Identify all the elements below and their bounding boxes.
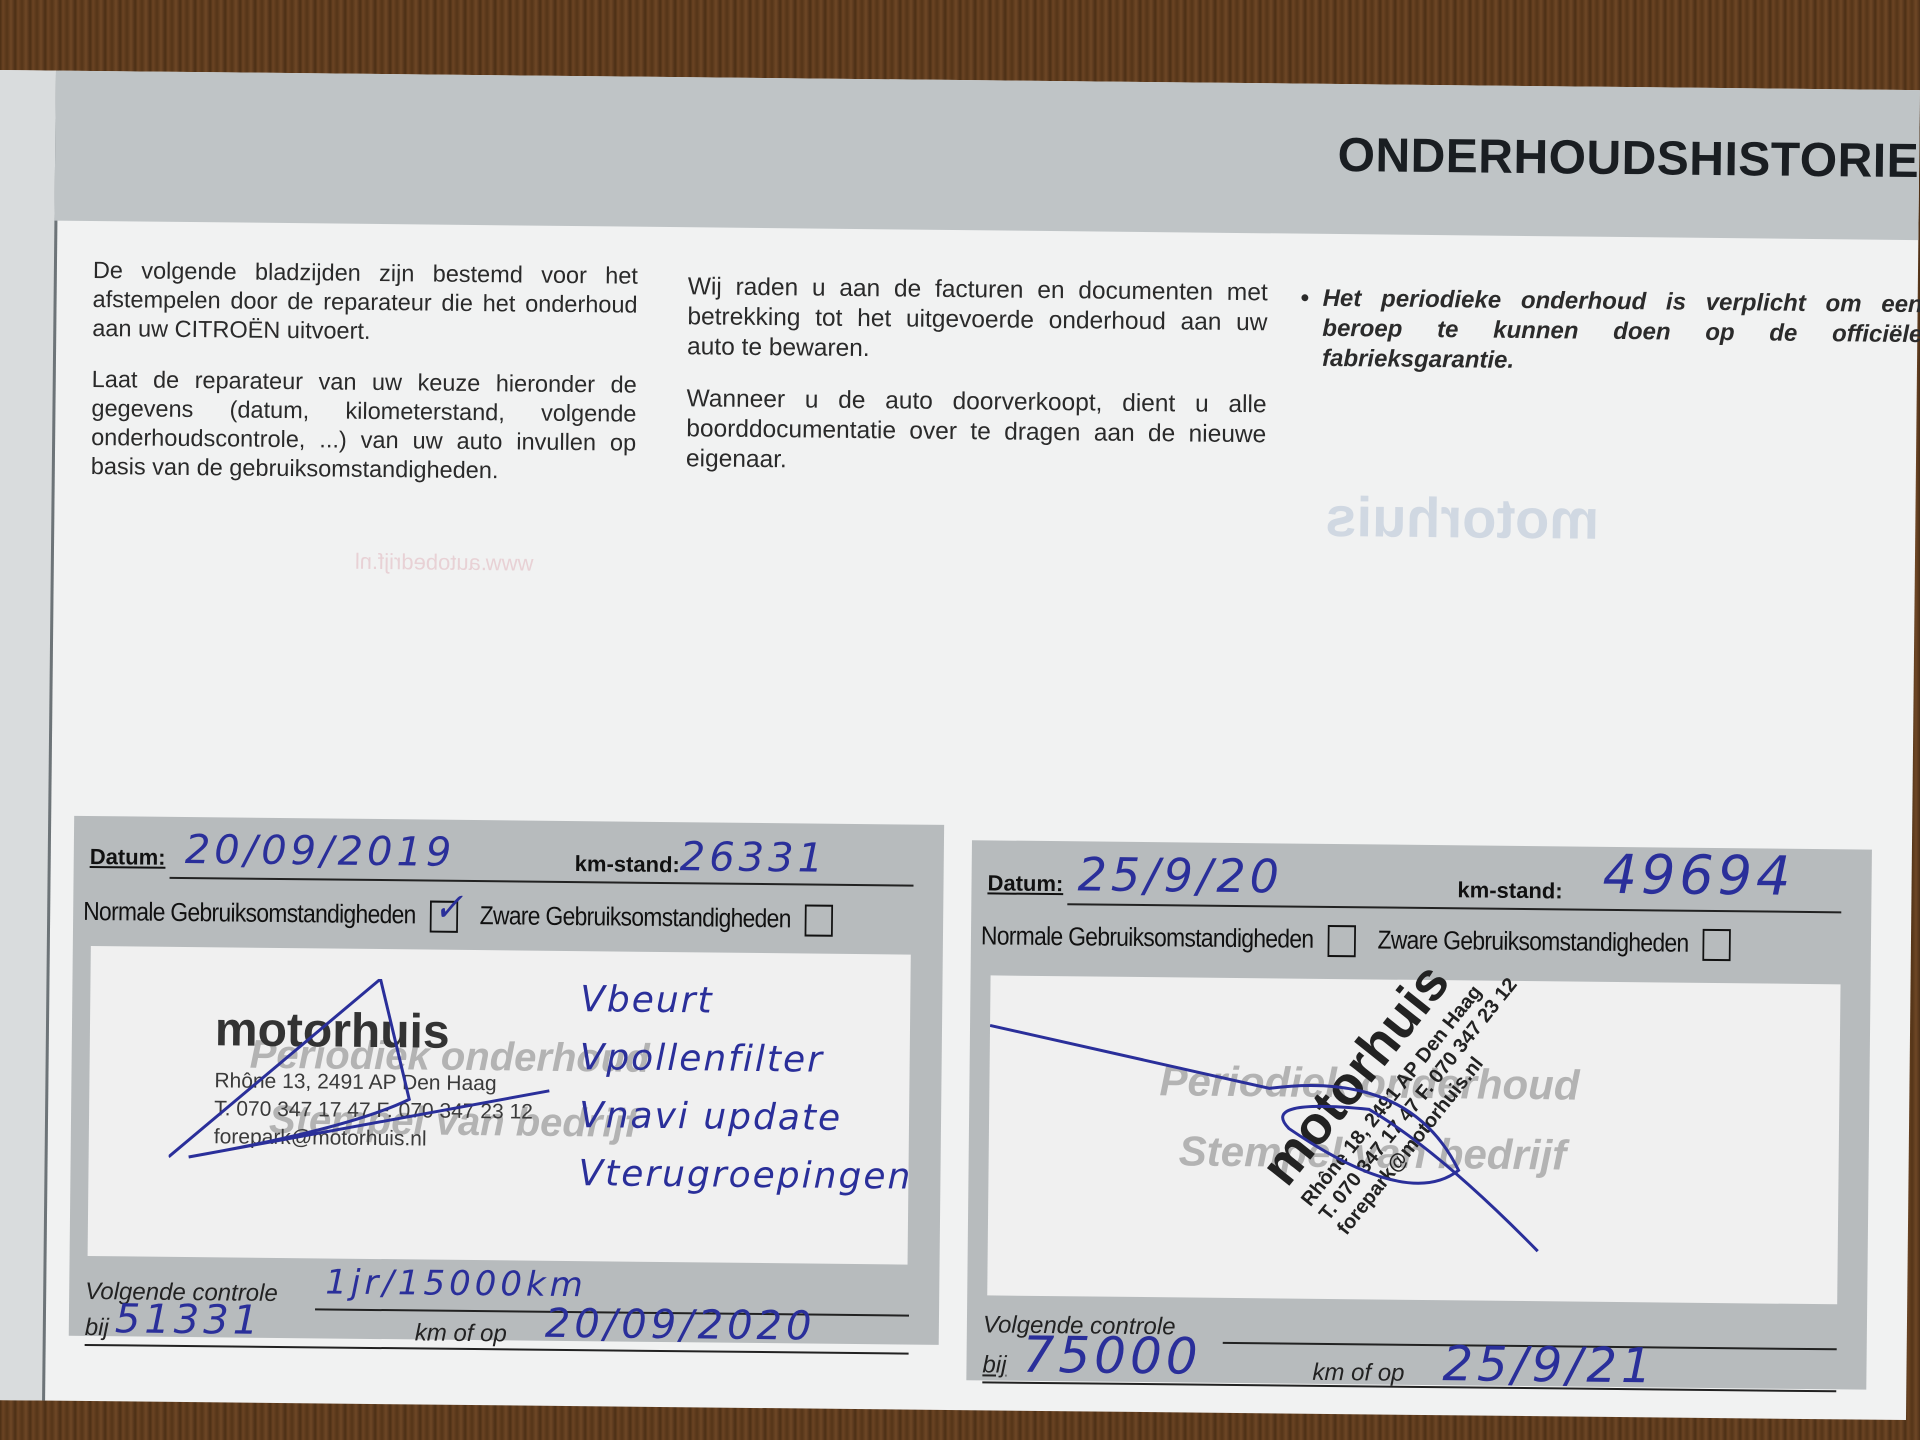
datum-value[interactable]: 20/09/2019 bbox=[185, 827, 456, 876]
next-date-value[interactable]: 20/09/2020 bbox=[545, 1301, 816, 1350]
normal-use-label: Normale Gebruiksomstandigheden bbox=[83, 896, 416, 929]
note-line: Vterugroepingen bbox=[578, 1145, 912, 1206]
next-check-note[interactable]: 1jr/15000km bbox=[325, 1262, 587, 1305]
entry-header-row: Datum: 20/09/2019 km-stand: 26331 bbox=[90, 826, 914, 885]
normal-use-checkbox[interactable] bbox=[1328, 925, 1356, 957]
signature-icon bbox=[987, 975, 1840, 1304]
at-label: bij bbox=[85, 1314, 109, 1342]
next-km-underline bbox=[982, 1381, 1836, 1392]
note-line: Vbeurt bbox=[580, 971, 914, 1032]
normal-use-checkbox[interactable]: ✓ bbox=[430, 901, 458, 933]
next-km-row: bij 51331 km of op 20/09/2020 bbox=[85, 1308, 909, 1357]
note-line: Vnavi update bbox=[579, 1087, 913, 1148]
km-or-on-label: km of op bbox=[1312, 1359, 1404, 1388]
service-booklet-page: ONDERHOUDSHISTORIE De volgende bladzijde… bbox=[0, 70, 1920, 1420]
header-band: ONDERHOUDSHISTORIE bbox=[54, 71, 1919, 241]
at-label: bij bbox=[982, 1351, 1006, 1379]
stamp-area: Periodiek onderhoud Stempel van bedrijf … bbox=[987, 975, 1840, 1304]
bleed-through-stamp: motorhuis bbox=[1325, 484, 1599, 552]
next-km-value[interactable]: 75000 bbox=[1022, 1326, 1202, 1386]
intro-column-1: De volgende bladzijden zijn bestemd voor… bbox=[90, 256, 638, 509]
bleed-through-red-stamp: www.autobedrijf.nl bbox=[355, 549, 534, 577]
normal-use-label: Normale Gebruiksomstandigheden bbox=[981, 920, 1314, 953]
signature-icon bbox=[168, 977, 620, 1202]
note-line: Vpollenfilter bbox=[579, 1029, 913, 1090]
heavy-use-label: Zware Gebruiksomstandigheden bbox=[480, 900, 791, 933]
booklet-spine-edge bbox=[0, 70, 59, 1401]
page-title: ONDERHOUDSHISTORIE bbox=[1337, 128, 1919, 189]
warranty-note-text: Het periodieke onderhoud is verplicht om… bbox=[1322, 285, 1920, 374]
km-stand-label: km-stand: bbox=[575, 851, 680, 878]
intro-paragraph: Wij raden u aan de facturen en documente… bbox=[687, 272, 1268, 368]
datum-label: Datum: bbox=[90, 844, 166, 871]
intro-paragraph: Wanneer u de auto doorverkoopt, dient u … bbox=[686, 384, 1267, 480]
intro-column-2: Wij raden u aan de facturen en documente… bbox=[686, 272, 1268, 502]
km-stand-value[interactable]: 49694 bbox=[1602, 843, 1794, 908]
maintenance-entry-2: Datum: 25/9/20 km-stand: 49694 Normale G… bbox=[966, 840, 1872, 1389]
usage-conditions-row: Normale Gebruiksomstandigheden Zware Geb… bbox=[981, 920, 1747, 961]
km-stand-value[interactable]: 26331 bbox=[680, 834, 828, 882]
heavy-use-checkbox[interactable] bbox=[805, 905, 833, 937]
km-stand-label: km-stand: bbox=[1457, 877, 1562, 904]
bullet-icon: • bbox=[1301, 284, 1310, 314]
warranty-note: • Het periodieke onderhoud is verplicht … bbox=[1322, 284, 1920, 380]
stamp-area: Periodiek onderhoud Stempel van bedrijf … bbox=[88, 946, 911, 1265]
intro-paragraph: De volgende bladzijden zijn bestemd voor… bbox=[92, 256, 638, 349]
datum-value[interactable]: 25/9/20 bbox=[1077, 847, 1283, 903]
usage-conditions-row: Normale Gebruiksomstandigheden ✓ Zware G… bbox=[83, 896, 849, 937]
handwritten-notes: Vbeurt Vpollenfilter Vnavi update Vterug… bbox=[578, 971, 914, 1206]
maintenance-entry-1: Datum: 20/09/2019 km-stand: 26331 Normal… bbox=[69, 816, 944, 1345]
checkmark-icon: ✓ bbox=[433, 885, 462, 931]
intro-paragraph: Laat de reparateur van uw keuze hieronde… bbox=[91, 365, 637, 487]
heavy-use-checkbox[interactable] bbox=[1703, 929, 1731, 961]
datum-label: Datum: bbox=[987, 870, 1063, 897]
next-km-row: bij 75000 km of op 25/9/21 bbox=[982, 1345, 1836, 1394]
entry-header-row: Datum: 25/9/20 km-stand: 49694 bbox=[987, 850, 1841, 909]
next-km-value[interactable]: 51331 bbox=[115, 1296, 263, 1344]
km-or-on-label: km of op bbox=[415, 1319, 507, 1348]
